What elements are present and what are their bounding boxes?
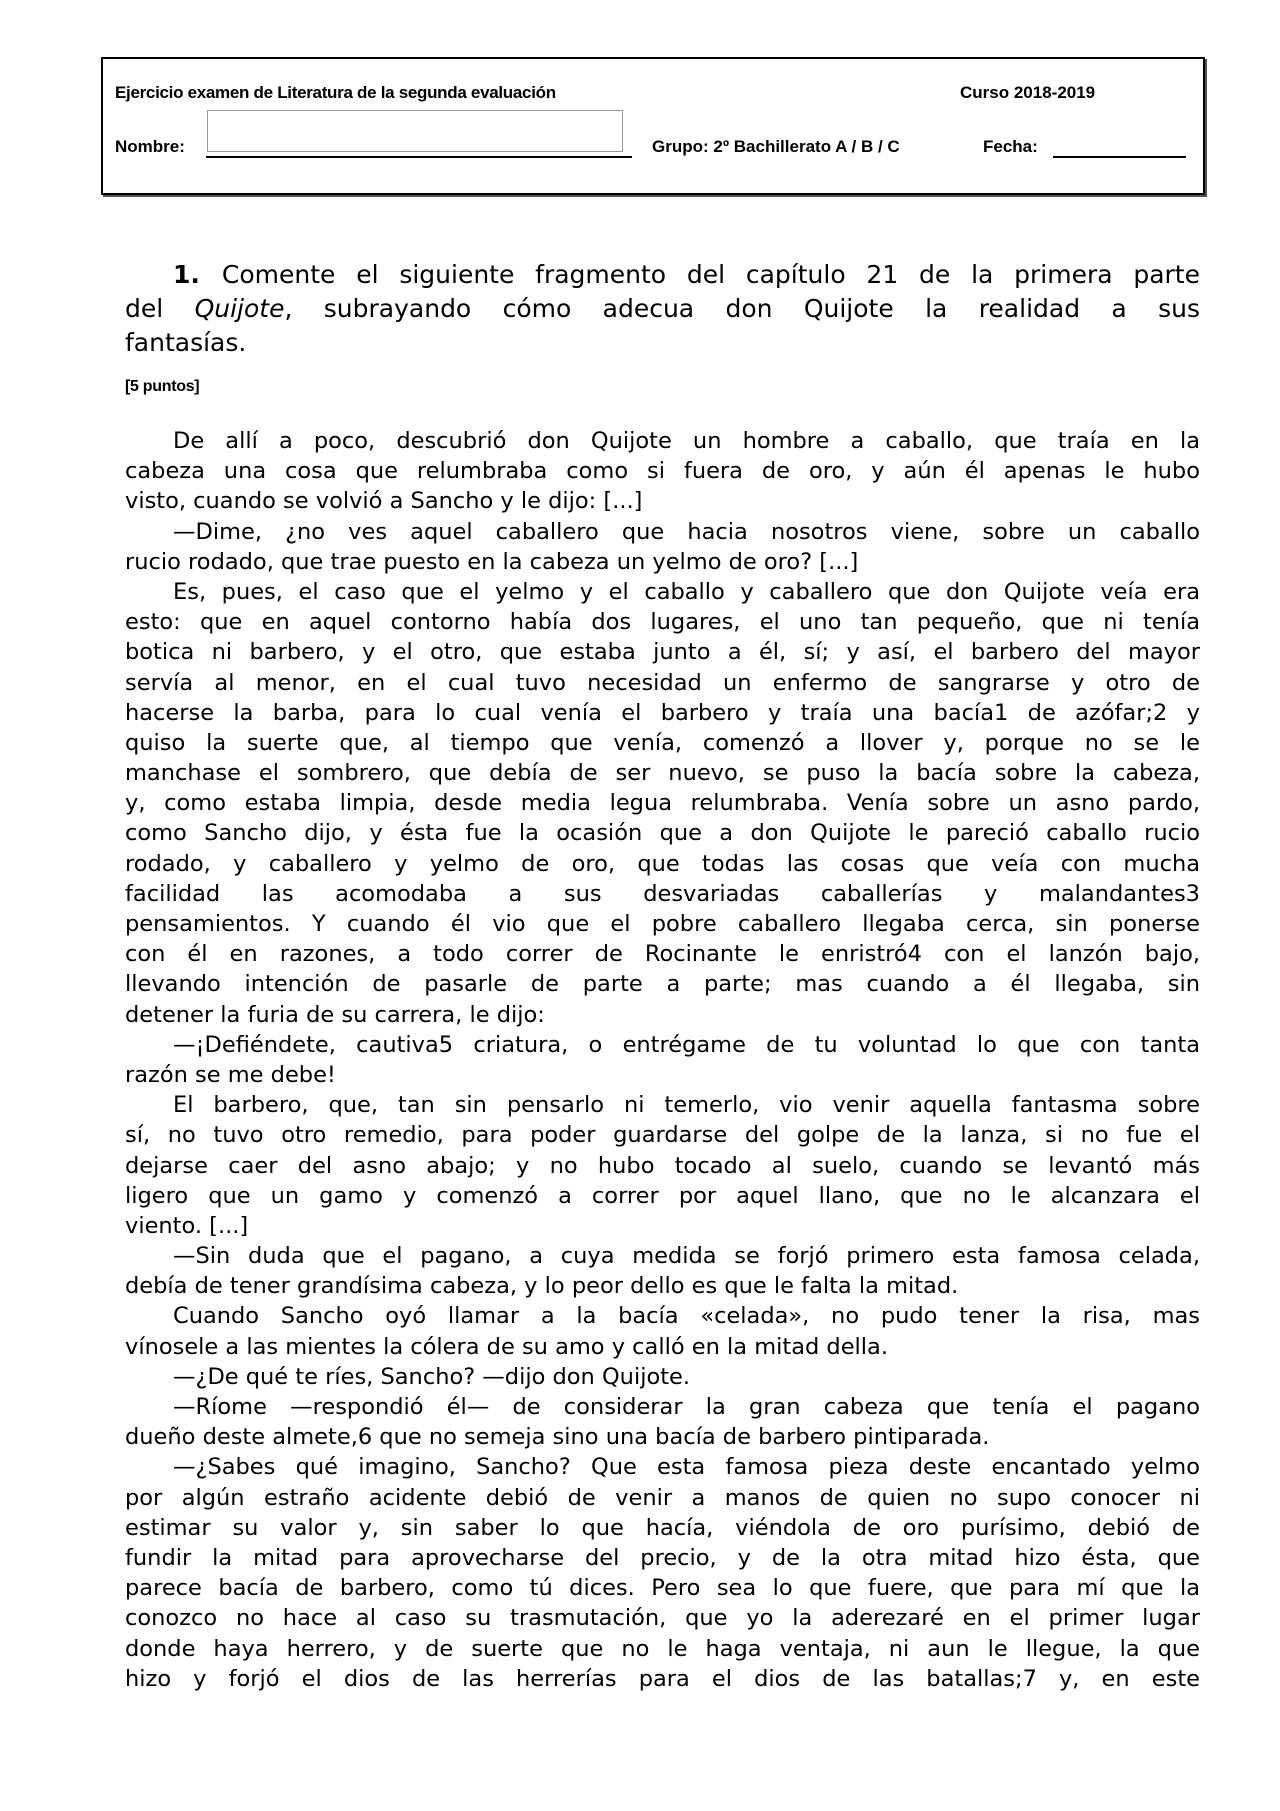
fragment-line: —¡Defiéndete, cautiva5 criatura, o entré…: [125, 1030, 1200, 1060]
question-text: del: [125, 294, 195, 323]
fragment-line: —¿Sabes qué imagino, Sancho? Que esta fa…: [125, 1452, 1200, 1482]
points-label: [5 puntos]: [125, 378, 199, 396]
question-text: fantasías.: [125, 328, 246, 357]
fragment-line: —Sin duda que el pagano, a cuya medida s…: [125, 1241, 1200, 1271]
fragment-line: y, como estaba limpia, desde media legua…: [125, 788, 1200, 818]
exam-title: Ejercicio examen de Literatura de la seg…: [115, 83, 556, 103]
fragment-line: dejarse caer del asno abajo; y no hubo t…: [125, 1151, 1200, 1181]
fragment-line: hizo y forjó el dios de las herrerías pa…: [125, 1664, 1200, 1694]
question-line: fantasías.: [125, 326, 1200, 360]
fragment-line: llevando intención de pasarle de parte a…: [125, 969, 1200, 999]
fragment-line: fundir la mitad para aprovecharse del pr…: [125, 1543, 1200, 1573]
fragment-line: quiso la suerte que, al tiempo que venía…: [125, 728, 1200, 758]
fragment-line: rodado, y caballero y yelmo de oro, que …: [125, 849, 1200, 879]
fragment-line: debía de tener grandísima cabeza, y lo p…: [125, 1271, 1200, 1301]
work-title: Quijote: [195, 294, 285, 323]
fragment-line: parece bacía de barbero, como tú dices. …: [125, 1573, 1200, 1603]
fragment-line: El barbero, que, tan sin pensarlo ni tem…: [125, 1090, 1200, 1120]
group-label: Grupo: 2º Bachillerato A / B / C: [652, 137, 900, 157]
fragment-line: sí, no tuvo otro remedio, para poder gua…: [125, 1120, 1200, 1150]
fragment-line: con él en razones, a todo correr de Roci…: [125, 939, 1200, 969]
question-line: del Quijote, subrayando cómo adecua don …: [125, 292, 1200, 326]
fragment-line: De allí a poco, descubrió don Quijote un…: [125, 426, 1200, 456]
fragment-line: donde haya herrero, y de suerte que no l…: [125, 1634, 1200, 1664]
fragment-line: Cuando Sancho oyó llamar a la bacía «cel…: [125, 1301, 1200, 1331]
exam-header-box: Ejercicio examen de Literatura de la seg…: [101, 57, 1205, 195]
fragment-line: esto: que en aquel contorno había dos lu…: [125, 607, 1200, 637]
date-underline: [1053, 156, 1186, 158]
question-line: 1.Comente el siguiente fragmento del cap…: [125, 258, 1200, 292]
question-statement: 1.Comente el siguiente fragmento del cap…: [125, 258, 1200, 360]
fragment-line: por algún estraño acidente debió de veni…: [125, 1483, 1200, 1513]
fragment-line: hacerse la barba, para lo cual venía el …: [125, 698, 1200, 728]
fragment-line: rucio rodado, que trae puesto en la cabe…: [125, 547, 1200, 577]
fragment-line: manchase el sombrero, que debía de ser n…: [125, 758, 1200, 788]
fragment-line: detener la furia de su carrera, le dijo:: [125, 1000, 1200, 1030]
fragment-line: servía al menor, en el cual tuvo necesid…: [125, 668, 1200, 698]
fragment-line: como Sancho dijo, y ésta fue la ocasión …: [125, 818, 1200, 848]
question-text: Comente el siguiente fragmento del capít…: [222, 260, 1200, 289]
fragment-line: razón se me debe!: [125, 1060, 1200, 1090]
course-year: Curso 2018-2019: [960, 83, 1095, 103]
fragment-line: botica ni barbero, y el otro, que estaba…: [125, 637, 1200, 667]
name-label: Nombre:: [115, 137, 185, 157]
question-number: 1.: [173, 258, 200, 292]
name-underline: [206, 156, 632, 158]
date-label: Fecha:: [983, 137, 1038, 157]
fragment-line: conozco no hace al caso su trasmutación,…: [125, 1603, 1200, 1633]
quijote-fragment: De allí a poco, descubrió don Quijote un…: [125, 426, 1200, 1694]
fragment-line: dueño deste almete,6 que no semeja sino …: [125, 1422, 1200, 1452]
fragment-line: facilidad las acomodaba a sus desvariada…: [125, 879, 1200, 909]
fragment-line: ligero que un gamo y comenzó a correr po…: [125, 1181, 1200, 1211]
fragment-line: cabeza una cosa que relumbraba como si f…: [125, 456, 1200, 486]
fragment-line: viento. [...]: [125, 1211, 1200, 1241]
fragment-line: —Dime, ¿no ves aquel caballero que hacia…: [125, 517, 1200, 547]
name-input[interactable]: [207, 110, 623, 152]
fragment-line: —Ríome —respondió él— de considerar la g…: [125, 1392, 1200, 1422]
question-text: , subrayando cómo adecua don Quijote la …: [284, 294, 1200, 323]
fragment-line: estimar su valor y, sin saber lo que hac…: [125, 1513, 1200, 1543]
fragment-line: visto, cuando se volvió a Sancho y le di…: [125, 486, 1200, 516]
fragment-line: vínosele a las mientes la cólera de su a…: [125, 1332, 1200, 1362]
fragment-line: Es, pues, el caso que el yelmo y el caba…: [125, 577, 1200, 607]
fragment-line: —¿De qué te ríes, Sancho? —dijo don Quij…: [125, 1362, 1200, 1392]
fragment-line: pensamientos. Y cuando él vio que el pob…: [125, 909, 1200, 939]
